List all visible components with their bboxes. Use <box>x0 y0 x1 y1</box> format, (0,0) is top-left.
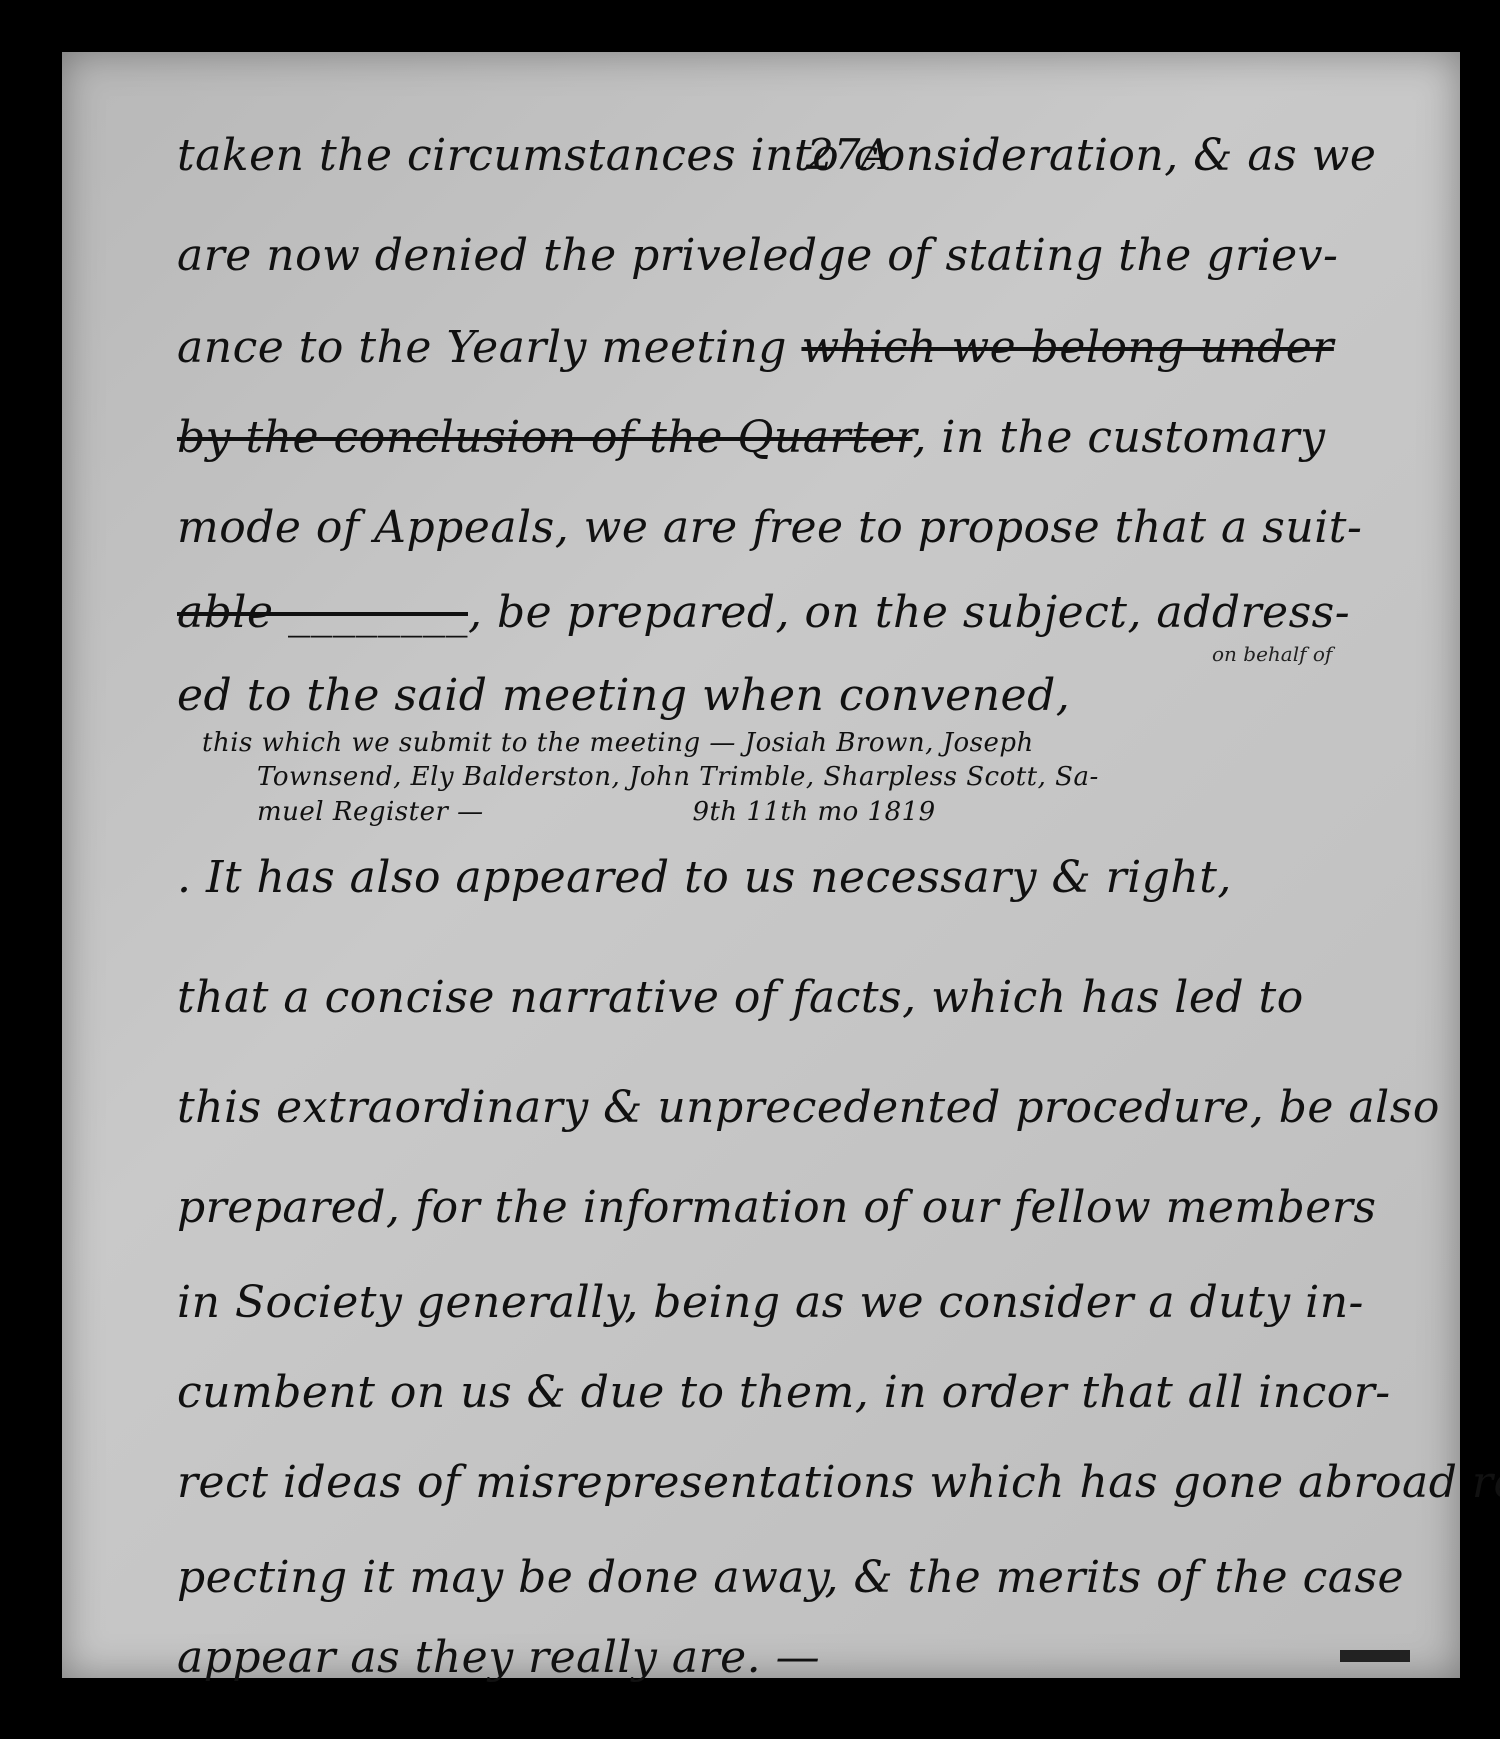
manuscript-line-18: pecting it may be done away, & the merit… <box>177 1552 1404 1603</box>
manuscript-line-15: in Society generally, being as we consid… <box>177 1277 1364 1328</box>
line-text: muel Register — <box>257 797 484 827</box>
archive-stamp <box>1340 1650 1410 1662</box>
manuscript-line-6: able ________, be prepared, on the subje… <box>177 587 1350 638</box>
struck-text: by the conclusion of the Quarter <box>177 412 912 463</box>
manuscript-line-12: that a concise narrative of facts, which… <box>177 972 1304 1023</box>
line-text: , in the customary <box>912 412 1325 463</box>
line-text: ance to the Yearly meeting <box>177 322 787 373</box>
line-text: , be prepared, on the subject, address- <box>468 587 1350 638</box>
manuscript-line-1: taken the circumstances into considerati… <box>177 130 1376 181</box>
manuscript-line-2: are now denied the priveledge of stating… <box>177 230 1338 281</box>
manuscript-line-4: by the conclusion of the Quarter, in the… <box>177 412 1325 463</box>
struck-text: able ________ <box>177 587 468 638</box>
manuscript-line-13: this extraordinary & unprecedented proce… <box>177 1082 1440 1133</box>
interlinear-insert: on behalf of <box>1212 642 1332 666</box>
date-text: 9th 11th mo 1819 <box>692 797 935 827</box>
manuscript-line-3: ance to the Yearly meeting which we belo… <box>177 322 1334 373</box>
manuscript-line-19: appear as they really are. — <box>177 1632 820 1683</box>
manuscript-line-8: this which we submit to the meeting — Jo… <box>202 728 1034 758</box>
manuscript-page: 27A taken the circumstances into conside… <box>62 52 1460 1678</box>
manuscript-line-7: ed to the said meeting when convened, <box>177 670 1070 721</box>
manuscript-line-16: cumbent on us & due to them, in order th… <box>177 1367 1391 1418</box>
manuscript-line-17: rect ideas of misrepresentations which h… <box>177 1457 1500 1508</box>
manuscript-line-9: Townsend, Ely Balderston, John Trimble, … <box>257 762 1099 792</box>
manuscript-line-14: prepared, for the information of our fel… <box>177 1182 1376 1233</box>
manuscript-line-10: muel Register — 9th 11th mo 1819 <box>257 797 936 827</box>
struck-text: which we belong under <box>801 322 1333 373</box>
manuscript-line-11: . It has also appeared to us necessary &… <box>177 852 1232 903</box>
manuscript-line-5: mode of Appeals, we are free to propose … <box>177 502 1362 553</box>
